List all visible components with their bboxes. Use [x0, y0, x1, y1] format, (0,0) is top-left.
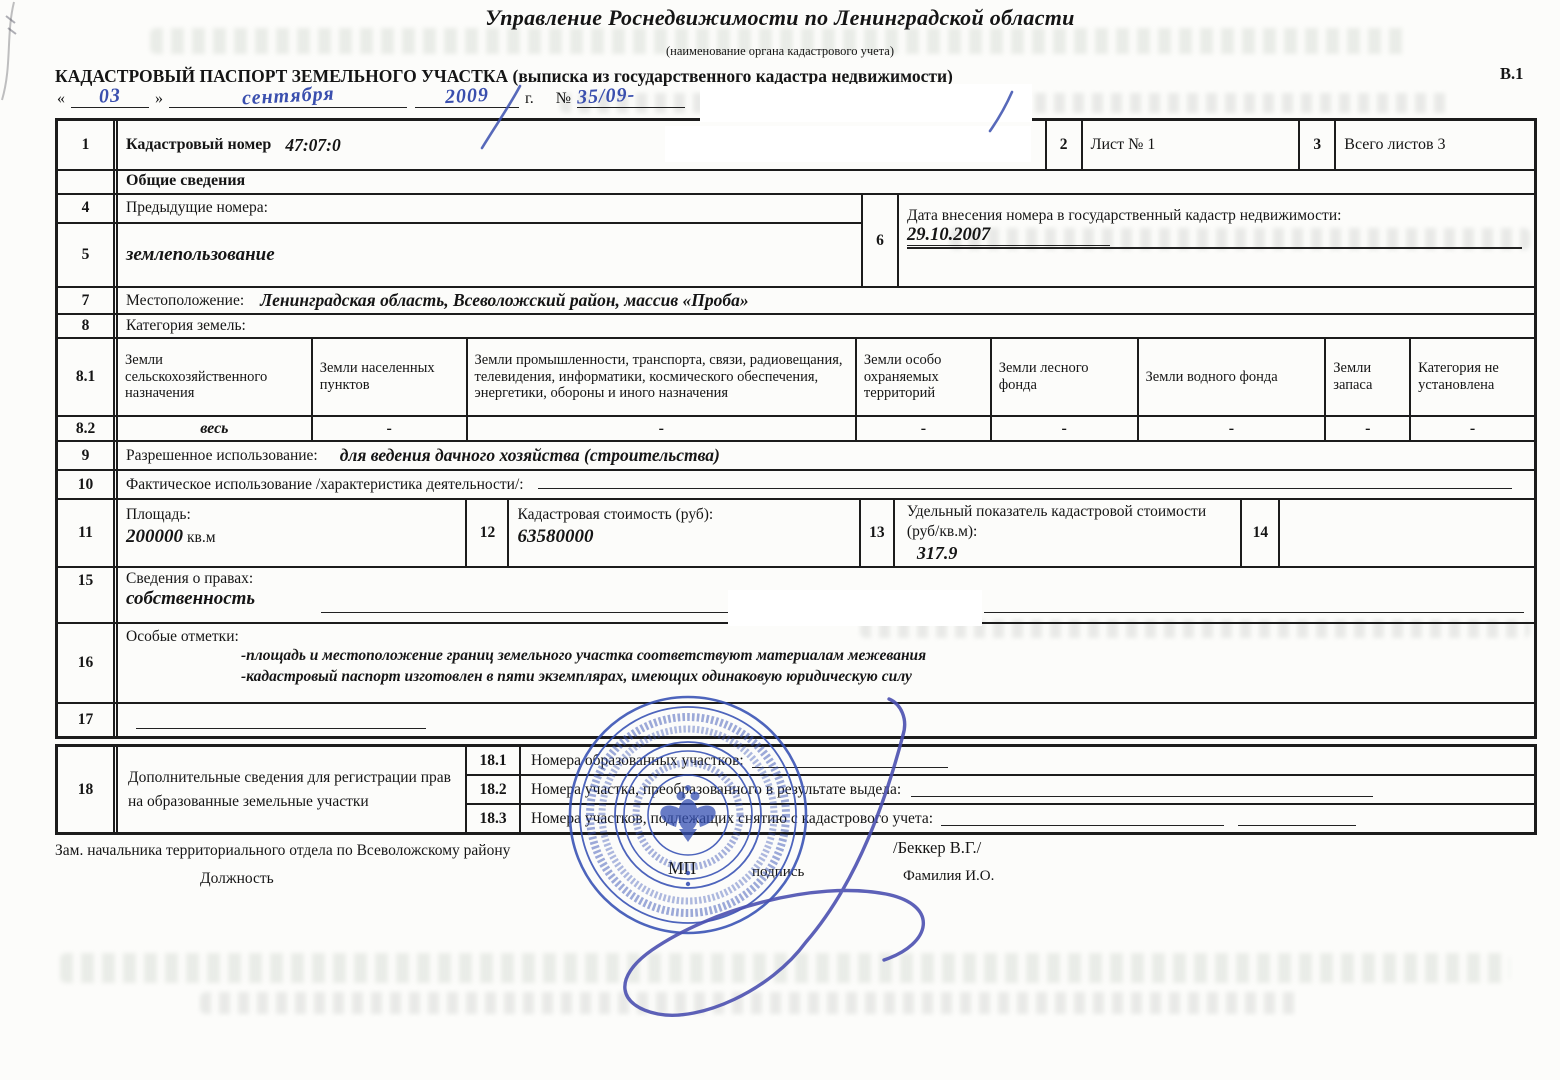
section-general-num [58, 171, 118, 193]
sheet-number: Лист № 1 [1081, 121, 1299, 169]
rows-4-5-6: 4 Предыдущие номера: 5 землепользование … [58, 193, 1534, 286]
category-col-not-set: Категория не установлена [1409, 339, 1534, 415]
specific-cost-cell: Удельный показатель кадастровой стоимост… [895, 500, 1240, 566]
row-18: 18 Дополнительные сведения для регистрац… [58, 747, 1534, 832]
category-col-protected: Земли особо охраняемых территорий [855, 339, 990, 415]
row-4-num: 4 [58, 195, 118, 222]
main-table: 1 Кадастровый номер 47:07:0 2 Лист № 1 3… [55, 118, 1537, 739]
actual-use-label: Фактическое использование /характеристик… [126, 476, 524, 494]
row-5-num: 5 [58, 224, 118, 286]
rights-value: собственность [126, 588, 255, 609]
actual-use-blank [538, 474, 1512, 489]
row-18-2-blank [911, 783, 1373, 797]
row-18-1: 18.1 Номера образованных участков: [467, 747, 1534, 774]
handwritten-number: 35/09- [577, 86, 685, 108]
row-10: 10 Фактическое использование /характерис… [58, 469, 1534, 498]
row-18-label: Дополнительные сведения для регистрации … [118, 747, 467, 832]
land-use-cell: землепользование [118, 224, 283, 286]
row-12-num: 12 [465, 500, 509, 566]
row-7: 7 Местоположение: Ленинградская область,… [58, 286, 1534, 313]
form-code: В.1 [1500, 64, 1523, 84]
category-col-industry: Земли промышленности, транспорта, связи,… [466, 339, 855, 415]
total-sheets: Всего листов 3 [1334, 121, 1534, 169]
row-6-num: 6 [863, 195, 899, 286]
row-17: 17 [58, 702, 1534, 736]
rows-4-5-right: 6 Дата внесения номера в государственный… [861, 195, 1534, 286]
redaction-box-cadastral [665, 126, 1031, 162]
row-14-num: 14 [1240, 500, 1280, 566]
row-18-3-num: 18.3 [467, 805, 521, 832]
previous-numbers-label: Предыдущие номера: [118, 195, 276, 222]
category-val-water: - [1137, 417, 1325, 440]
section-general: Общие сведения [58, 169, 1534, 193]
row-18-num: 18 [58, 747, 118, 832]
row-18-1-blank [752, 754, 948, 768]
row-17-blank-line [136, 728, 426, 729]
footer-name-label: Фамилия И.О. [903, 868, 994, 885]
row-9: 9 Разрешенное использование: для ведения… [58, 440, 1534, 469]
row-18-3-blank-2 [1238, 812, 1356, 826]
table-18: 18 Дополнительные сведения для регистрац… [55, 744, 1537, 835]
row-14-empty-cell [1280, 500, 1534, 566]
section-general-title: Общие сведения [118, 171, 253, 193]
row-15-num: 15 [58, 568, 118, 622]
row-16: 16 Особые отметки: -площадь и местополож… [58, 622, 1534, 702]
redaction-box-rights [728, 590, 982, 626]
row-8-2-num: 8.2 [58, 417, 118, 440]
row-8-1: 8.1 Земли сельскохозяйственного назначен… [58, 337, 1534, 415]
open-quote: « [55, 90, 67, 108]
area-value: 200000 [126, 526, 183, 547]
row-18-2-label: Номера участка, преобразованного в резул… [531, 781, 901, 799]
row-18-1-cell: Номера образованных участков: [521, 752, 1534, 770]
specific-cost-value: 317.9 [917, 543, 958, 563]
footer-position-label: Должность [200, 870, 274, 888]
footer-signature-label: подпись [752, 864, 804, 881]
category-val-industry: - [466, 417, 855, 440]
row-18-3-label: Номера участков, подлежащих снятию с кад… [531, 810, 933, 828]
row-18-3-blank [941, 812, 1224, 826]
close-quote: » [153, 90, 165, 108]
rows-11-14: 11 Площадь: 200000 кв.м 12 Кадастровая с… [58, 498, 1534, 566]
special-note-2: -кадастровый паспорт изготовлен в пяти э… [241, 667, 926, 688]
permitted-use-cell: Разрешенное использование: для ведения д… [118, 442, 728, 469]
row-8-1-num: 8.1 [58, 339, 118, 415]
footer-position-value: Зам. начальника территориального отдела … [55, 842, 510, 860]
land-use-value: землепользование [126, 244, 275, 266]
special-note-1: -площадь и местоположение границ земельн… [241, 646, 926, 667]
cadastral-number-label: Кадастровый номер [126, 136, 271, 154]
cost-value: 63580000 [517, 526, 593, 547]
row-5: 5 землепользование [58, 224, 861, 286]
row-17-cell [118, 704, 1534, 736]
category-val-agricultural: весь [118, 417, 311, 440]
row-8-num: 8 [58, 315, 118, 337]
category-val-not-set: - [1409, 417, 1534, 440]
footer-name-value: /Беккер В.Г./ [893, 838, 981, 858]
row-18-1-num: 18.1 [467, 747, 521, 774]
area-label: Площадь: [126, 506, 457, 524]
special-notes-cell: Особые отметки: -площадь и местоположени… [118, 624, 934, 702]
land-category-label: Категория земель: [118, 315, 254, 337]
location-label: Местоположение: [126, 292, 244, 310]
rows-4-5-left: 4 Предыдущие номера: 5 землепользование [58, 195, 861, 286]
redaction-box-number [700, 84, 1032, 122]
bleed-noise [60, 953, 1510, 983]
row-18-2-cell: Номера участка, преобразованного в резул… [521, 781, 1534, 799]
bleed-noise [200, 992, 1300, 1014]
location-value: Ленинградская область, Всеволожский райо… [260, 290, 748, 311]
row-16-num: 16 [58, 624, 118, 702]
cadastral-passport-scan: Управление Роснедвижимости по Ленинградс… [0, 0, 1560, 1080]
actual-use-cell: Фактическое использование /характеристик… [118, 471, 1534, 498]
area-cell: Площадь: 200000 кв.м [118, 500, 465, 566]
category-col-reserve: Земли запаса [1324, 339, 1409, 415]
special-notes-label: Особые отметки: [126, 628, 926, 646]
row-1-num: 1 [58, 121, 118, 169]
category-col-forest: Земли лесного фонда [990, 339, 1137, 415]
row-11-num: 11 [58, 500, 118, 566]
row-18-subrows: 18.1 Номера образованных участков: 18.2 … [467, 747, 1534, 832]
row-2-num: 2 [1045, 121, 1081, 169]
row-18-3-cell: Номера участков, подлежащих снятию с кад… [521, 810, 1534, 828]
handwritten-year: 2009 [415, 86, 519, 108]
row-3-num: 3 [1298, 121, 1334, 169]
number-sign: № [554, 90, 573, 108]
row-18-2: 18.2 Номера участка, преобразованного в … [467, 774, 1534, 803]
row-7-num: 7 [58, 288, 118, 313]
org-subtitle: (наименование органа кадастрового учета) [0, 44, 1560, 59]
permitted-use-label: Разрешенное использование: [126, 447, 318, 465]
category-val-forest: - [990, 417, 1137, 440]
handwritten-day: 03 [71, 86, 149, 108]
category-col-water: Земли водного фонда [1137, 339, 1325, 415]
row-8-2: 8.2 весь - - - - - - - [58, 415, 1534, 440]
cost-cell: Кадастровая стоимость (руб): 63580000 [509, 500, 858, 566]
date-number-line: « 03 » сентября 2009 г. № 35/09- [55, 86, 689, 108]
category-val-reserve: - [1324, 417, 1409, 440]
year-suffix: г. [523, 90, 536, 108]
row-18-1-label: Номера образованных участков: [531, 752, 744, 770]
category-val-protected: - [855, 417, 990, 440]
row-9-num: 9 [58, 442, 118, 469]
handwritten-month: сентября [169, 86, 407, 108]
row-17-num: 17 [58, 704, 118, 736]
cost-label: Кадастровая стоимость (руб): [517, 506, 850, 524]
registration-date-label: Дата внесения номера в государственный к… [907, 207, 1526, 225]
registration-date-value: 29.10.2007 [907, 225, 1110, 246]
category-col-agricultural: Земли сельскохозяйственного назначения [118, 339, 311, 415]
row-4: 4 Предыдущие номера: [58, 195, 861, 224]
category-val-settlements: - [311, 417, 466, 440]
rights-blank-line-2 [984, 612, 1524, 613]
row-8: 8 Категория земель: [58, 313, 1534, 337]
registration-date-cell: Дата внесения номера в государственный к… [899, 195, 1534, 286]
footer-stamp-mark: МП [668, 858, 696, 879]
rights-blank-line [321, 612, 728, 613]
category-col-settlements: Земли населенных пунктов [311, 339, 466, 415]
location-cell: Местоположение: Ленинградская область, В… [118, 288, 757, 313]
area-unit: кв.м [187, 529, 216, 546]
permitted-use-value: для ведения дачного хозяйства (строитель… [340, 445, 720, 466]
row-18-3: 18.3 Номера участков, подлежащих снятию … [467, 803, 1534, 832]
cadastral-number-value: 47:07:0 [285, 135, 340, 156]
row-18-2-num: 18.2 [467, 776, 521, 803]
specific-cost-label: Удельный показатель кадастровой стоимост… [907, 502, 1232, 541]
rights-label: Сведения о правах: [126, 570, 1526, 588]
row-10-num: 10 [58, 471, 118, 498]
row-13-num: 13 [859, 500, 895, 566]
org-title: Управление Роснедвижимости по Ленинградс… [0, 5, 1560, 31]
